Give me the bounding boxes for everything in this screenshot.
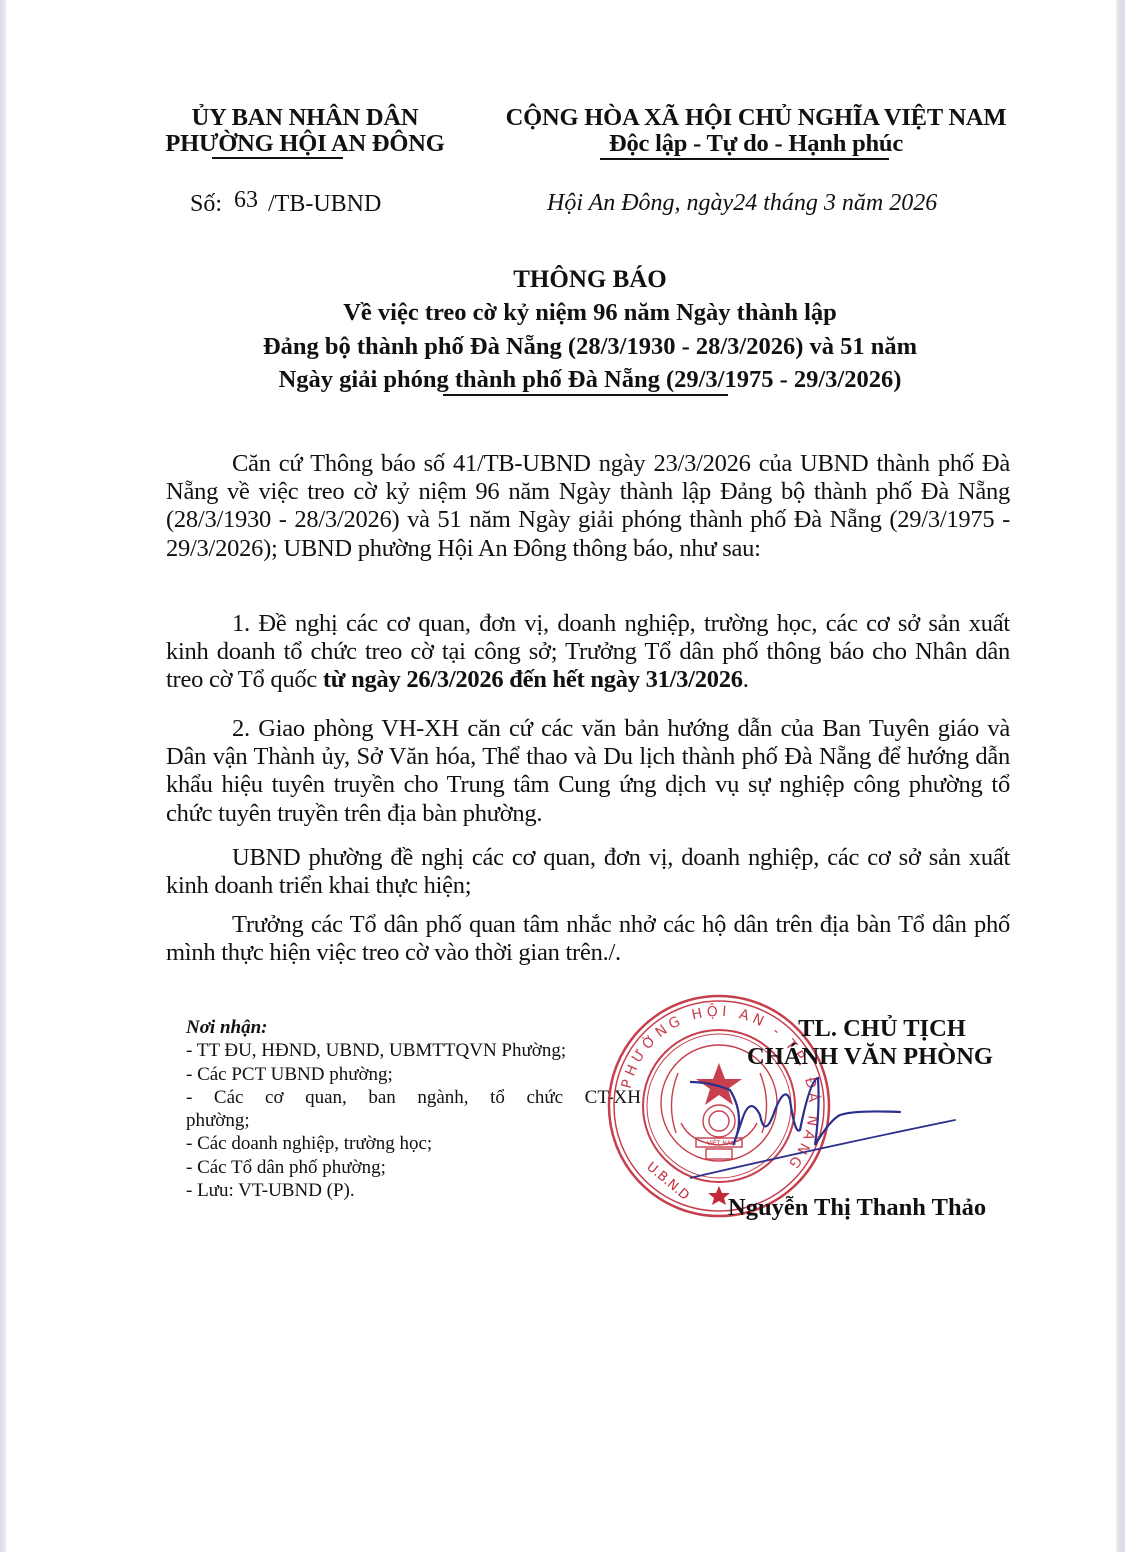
recipient-item: - Các cơ quan, ban ngành, tổ chức CT-XH … (186, 1086, 641, 1133)
agency-underline (212, 157, 343, 159)
recipient-item: - TT ĐU, HĐND, UBND, UBMTTQVN Phường; (186, 1039, 641, 1062)
doc-number-suffix: /TB-UBND (268, 191, 381, 217)
body-intro-paragraph: Căn cứ Thông báo số 41/TB-UBND ngày 23/3… (166, 450, 1010, 563)
recipient-item: - Các Tổ dân phố phường; (186, 1156, 641, 1179)
signer-authority-line1: TL. CHỦ TỊCH (772, 1015, 992, 1043)
recipients-block: Nơi nhận: - TT ĐU, HĐND, UBND, UBMTTQVN … (186, 1016, 641, 1202)
page-edge-left (0, 0, 7, 1552)
signer-name: Nguyễn Thị Thanh Thảo (728, 1194, 986, 1222)
subject-line-3-post: 1975 - 29/3/2026) (724, 366, 901, 393)
recipient-item: - Các PCT UBND phường; (186, 1063, 641, 1086)
subject-line-2: Đảng bộ thành phố Đà Nẵng (28/3/1930 - 2… (160, 333, 1020, 361)
nation-name: CỘNG HÒA XÃ HỘI CHỦ NGHĨA VIỆT NAM (500, 104, 1012, 132)
page-edge-right (1116, 0, 1125, 1552)
recipient-item: - Lưu: VT-UBND (P). (186, 1179, 641, 1202)
body-paragraph-3: UBND phường đề nghị các cơ quan, đơn vị,… (166, 844, 1010, 900)
document-type-heading: THÔNG BÁO (160, 266, 1020, 294)
doc-number-value: 63 (234, 187, 258, 213)
title-underline (443, 394, 728, 396)
agency-name-line2: PHƯỜNG HỘI AN ĐÔNG (160, 130, 450, 158)
document-number: Số: 63/TB-UBND (190, 191, 381, 218)
subject-line-3: Ngày giải phóng thành phố Đà Nẵng (29/3/… (160, 366, 1020, 394)
doc-number-prefix: Số: (190, 191, 222, 217)
body-paragraph-4: Trưởng các Tổ dân phố quan tâm nhắc nhở … (166, 911, 1010, 967)
subject-line-3-pre: Ngày giải phóng (279, 366, 455, 393)
recipient-item: - Các doanh nghiệp, trường học; (186, 1132, 641, 1155)
body-item-2: 2. Giao phòng VH-XH căn cứ các văn bản h… (166, 715, 1010, 828)
nation-motto: Độc lập - Tự do - Hạnh phúc (500, 130, 1012, 158)
item-1-end: . (743, 666, 749, 693)
subject-line-1: Về việc treo cờ kỷ niệm 96 năm Ngày thàn… (160, 299, 1020, 327)
agency-name-line1: ỦY BAN NHÂN DÂN (160, 104, 450, 132)
subject-line-3-underlined: thành phố Đà Nẵng (29/3/ (455, 366, 725, 393)
place-date: Hội An Đông, ngày24 tháng 3 năm 2026 (547, 190, 937, 217)
item-1-date-range: từ ngày 26/3/2026 đến hết ngày 31/3/2026 (323, 666, 743, 693)
motto-underline (600, 158, 889, 160)
body-item-1: 1. Đề nghị các cơ quan, đơn vị, doanh ng… (166, 610, 1010, 695)
recipients-title: Nơi nhận: (186, 1016, 641, 1039)
handwritten-signature-icon (690, 1060, 960, 1190)
